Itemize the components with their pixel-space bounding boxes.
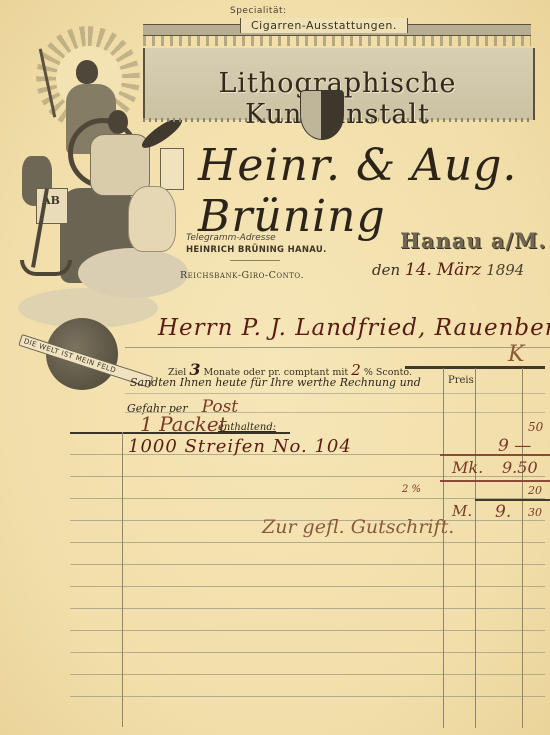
- specialty-text: Cigarren-Ausstattungen.: [240, 18, 408, 33]
- date-month: März: [437, 260, 482, 280]
- firm-name: Heinr. & Aug. Brüning: [198, 140, 550, 242]
- eagle-emblem-icon: [160, 148, 184, 190]
- allegory-head: [108, 110, 128, 134]
- telegram-label: Telegramm-Adresse: [186, 233, 276, 243]
- total-label: M.: [452, 502, 472, 520]
- city: Hanau a/M.: [400, 228, 547, 253]
- ledger-divider: [122, 432, 123, 727]
- addressee-rule: [125, 347, 550, 348]
- invoice-paper: AB DIE WELT IST MEIN FELD Specialität: C…: [0, 0, 550, 735]
- hermes-figure-head: [76, 60, 98, 84]
- closing-note: Zur gefl. Gutschrift.: [262, 516, 454, 538]
- discount-label: 2 %: [402, 484, 421, 495]
- ledger-grid: [70, 432, 545, 732]
- total-pfennig: 30: [528, 506, 542, 519]
- coat-of-arms-icon: [300, 90, 344, 140]
- package-contains: enthaltend:: [218, 422, 276, 433]
- subtotal-amount: 9.50: [502, 458, 538, 477]
- date-day: 14.: [405, 260, 432, 280]
- date-year: 1894: [486, 261, 524, 279]
- bank-account: Reichsbank-Giro-Conto.: [180, 270, 304, 281]
- clerk-initials: K: [508, 342, 524, 367]
- price-column-left: [443, 368, 444, 728]
- price-column-mid: [475, 368, 476, 728]
- addressee: Herrn P. J. Landfried, Rauenberg: [158, 315, 550, 341]
- price-header: Preis: [448, 375, 474, 386]
- divider: [230, 260, 280, 261]
- putto-figure: [128, 186, 176, 252]
- total-marks: 9.: [495, 502, 511, 522]
- anchor-base-icon: [20, 260, 72, 276]
- date-line: den 14. März 1894: [372, 260, 524, 280]
- date-prefix: den: [372, 261, 400, 279]
- package-count: 1 Packet: [140, 412, 227, 436]
- discount-amount: 20: [528, 484, 542, 497]
- specialty-label: Specialität:: [230, 6, 287, 16]
- line-item-amount: 9 —: [498, 436, 531, 456]
- telegram-address: HEINRICH BRÜNING HANAU.: [186, 245, 327, 255]
- line-item-description: 1000 Streifen No. 104: [128, 436, 352, 457]
- price-column-right: [522, 368, 523, 728]
- subtotal-label: Mk.: [452, 458, 483, 477]
- intro-text: Sandten Ihnen heute für Ihre werthe Rech…: [130, 376, 421, 389]
- postage-amount: 50: [528, 420, 543, 434]
